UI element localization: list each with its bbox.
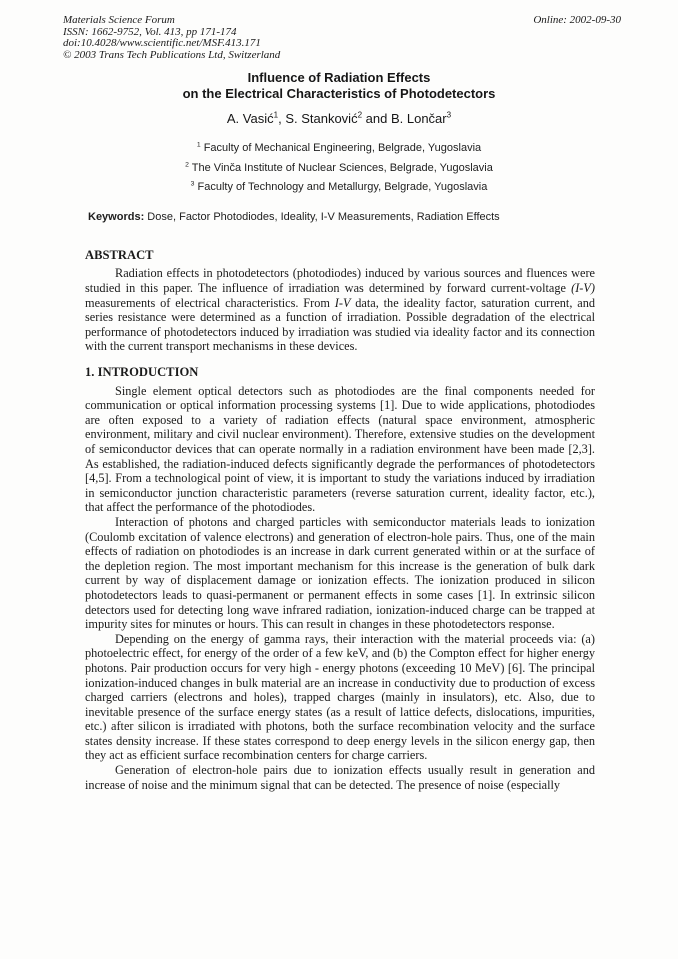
keywords-text: Dose, Factor Photodiodes, Ideality, I-V … [144,211,499,223]
introduction-heading: 1. INTRODUCTION [85,365,595,380]
paper-title-line-1: Influence of Radiation Effects [248,70,431,85]
copyright-line: © 2003 Trans Tech Publications Ltd, Swit… [63,50,621,62]
affiliation-2: 2 The Vinča Institute of Nuclear Science… [0,159,678,179]
journal-name: Materials Science Forum [63,15,175,27]
paper-body: ABSTRACT Radiation effects in photodetec… [85,248,595,792]
abstract-paragraph: Radiation effects in photodetectors (pho… [85,266,595,354]
paper-title: Influence of Radiation Effects on the El… [60,70,618,101]
keywords-label: Keywords: [88,211,144,223]
keywords-line: Keywords: Dose, Factor Photodiodes, Idea… [88,211,608,223]
journal-header: Materials Science Forum Online: 2002-09-… [63,15,621,61]
paper-page: Materials Science Forum Online: 2002-09-… [0,0,678,959]
journal-header-row: Materials Science Forum Online: 2002-09-… [63,15,621,27]
affiliations-block: 1 Faculty of Mechanical Engineering, Bel… [0,139,678,198]
paper-title-line-2: on the Electrical Characteristics of Pho… [183,86,496,101]
intro-paragraph-3: Depending on the energy of gamma rays, t… [85,632,595,763]
intro-paragraph-1: Single element optical detectors such as… [85,384,595,515]
intro-paragraph-2: Interaction of photons and charged parti… [85,515,595,632]
abstract-heading: ABSTRACT [85,248,595,263]
online-date: Online: 2002-09-30 [533,15,621,27]
affiliation-3: 3 Faculty of Technology and Metallurgy, … [0,178,678,198]
affiliation-1: 1 Faculty of Mechanical Engineering, Bel… [0,139,678,159]
authors-line: A. Vasić1, S. Stanković2 and B. Lončar3 [0,111,678,126]
intro-paragraph-4: Generation of electron-hole pairs due to… [85,763,595,792]
